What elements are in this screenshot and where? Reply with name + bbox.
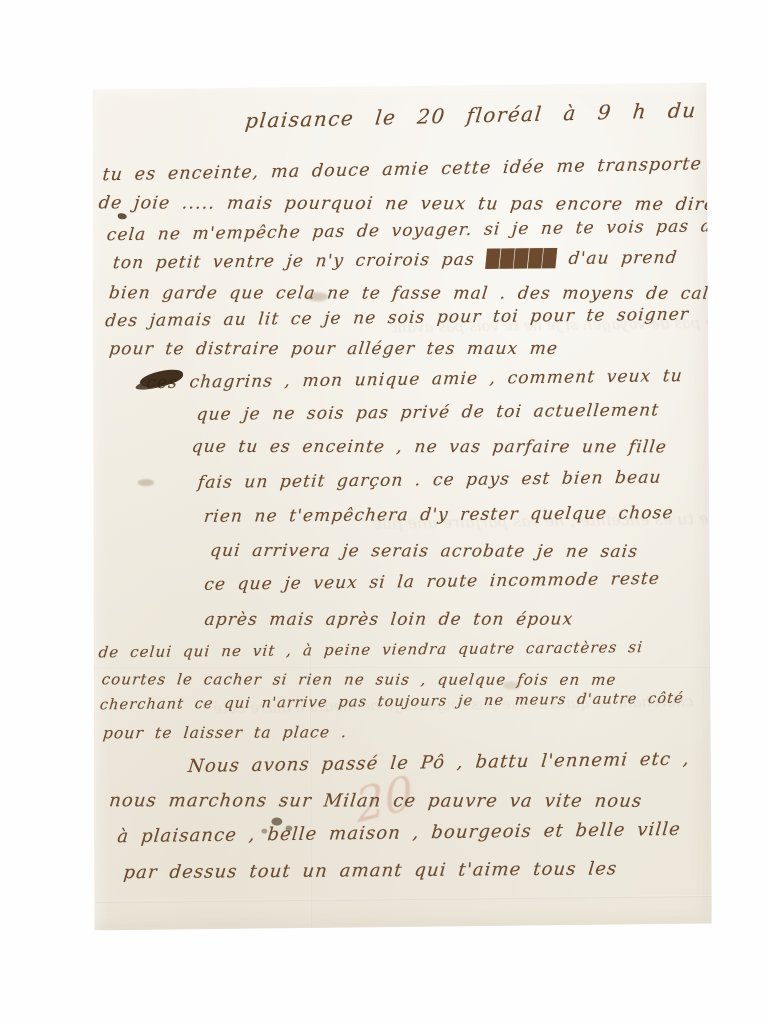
ink-smudge bbox=[503, 681, 521, 689]
letter-heading: plaisance le 20 floréal à 9 h du soir bbox=[244, 96, 763, 132]
letter-line: ces chagrins , mon unique amie , comment… bbox=[146, 366, 684, 393]
letter-line: fais un petit garçon . ce pays est bien … bbox=[197, 468, 663, 493]
letter-line: tu es enceinte, ma douce amie cette idée… bbox=[102, 154, 703, 185]
letter-paper: cela ne m'empêche pas de voyager. si je … bbox=[90, 83, 712, 931]
ink-stain-spot bbox=[261, 829, 267, 834]
paper-crease-horizontal bbox=[94, 895, 712, 903]
letter-line: courtes le cacher si rien ne suis , quel… bbox=[101, 670, 618, 688]
letter-line: par dessus tout un amant qui t'aime tous… bbox=[123, 858, 619, 883]
paper-crease-horizontal bbox=[93, 666, 711, 669]
ink-drop bbox=[118, 213, 127, 219]
letter-photo: cela ne m'empêche pas de voyager. si je … bbox=[0, 0, 768, 1024]
ink-stain-spot bbox=[285, 825, 292, 831]
letter-lines: tu es enceinte, ma douce amie cette idée… bbox=[90, 83, 708, 86]
letter-line: pour te distraire pour alléger tes maux … bbox=[108, 339, 559, 359]
letter-line: nous marchons sur Milan ce pauvre va vit… bbox=[108, 790, 643, 811]
letter-line: de celui qui ne vit , à peine viendra qu… bbox=[98, 638, 644, 661]
letter-line: de joie ..... mais pourquoi ne veux tu p… bbox=[98, 193, 768, 215]
letter-line: rien ne t'empêchera d'y rester quelque c… bbox=[203, 503, 675, 527]
letter-line: que tu es enceinte , ne vas parfaire une… bbox=[191, 437, 668, 457]
letter-line: Nous avons passé le Pô , battu l'ennemi … bbox=[187, 748, 691, 776]
letter-line: cela ne m'empêche pas de voyager. si je … bbox=[106, 216, 755, 246]
letter-line: qui arrivera je serais acrobate je ne sa… bbox=[209, 541, 639, 562]
letter-line: à plaisance , belle maison , bourgeois e… bbox=[116, 819, 681, 847]
letter-line: ton petit ventre je n'y croirois pas ███… bbox=[112, 248, 679, 273]
letter-line: que je ne sois pas privé de toi actuelle… bbox=[196, 400, 661, 424]
ink-stain-spot bbox=[271, 818, 282, 826]
ink-smudge bbox=[306, 292, 328, 301]
letter-line: ce que je veux si la route incommode res… bbox=[203, 569, 661, 595]
letter-line: bien garde que cela ne te fasse mal . de… bbox=[108, 283, 748, 304]
ink-smudge bbox=[138, 479, 154, 486]
letter-line: pour te laisser ta place . bbox=[102, 723, 348, 742]
letter-line: après mais après loin de ton époux bbox=[203, 610, 574, 630]
